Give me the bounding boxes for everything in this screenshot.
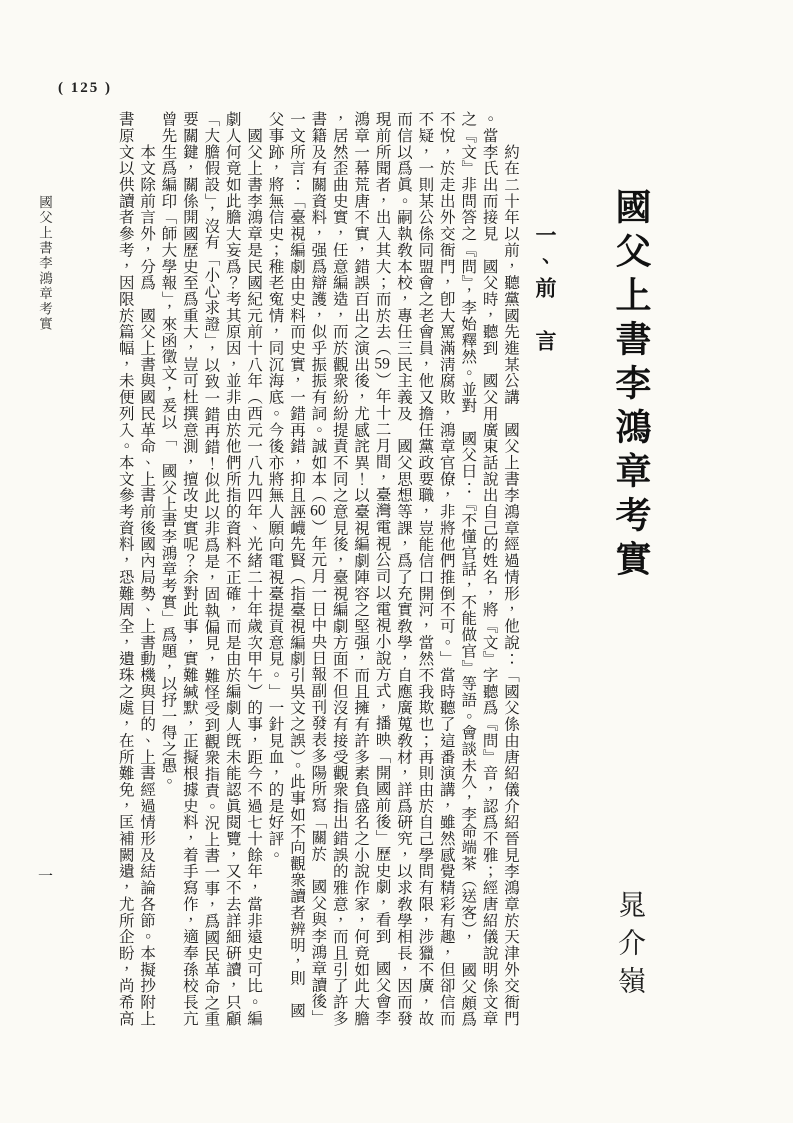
running-head: 國父上書李鴻章考實 [34,195,54,332]
paragraph-1: 約在二十年以前，聽黨國先進某公講 國父上書李鴻章經過情形，他說：「國父係由唐紹儀… [264,111,521,1029]
article-body: 約在二十年以前，聽黨國先進某公講 國父上書李鴻章經過情形，他說：「國父係由唐紹儀… [114,111,521,1029]
section-heading: 一、前 言 [530,224,560,357]
page-number-top: ( 125 ) [58,80,112,97]
page-number-chinese: 一 [34,868,55,883]
scanned-article-page: ( 125 ) 國父上書李鴻章考實 晁介嶺 一、前 言 約在二十年以前，聽黨國先… [0,0,793,1123]
paragraph-2: 國父上書李鴻章是民國紀元前十八年（西元一八九四年、光緒二十年歲次甲午）的事，距今… [157,111,264,1029]
paragraph-3: 本文除前言外，分爲 國父上書與國民革命、上書前後國內局勢、上書動機與目的、上書經… [114,111,157,1029]
author-name: 晁介嶺 [609,890,649,1004]
article-title: 國父上書李鴻章考實 [606,188,657,584]
